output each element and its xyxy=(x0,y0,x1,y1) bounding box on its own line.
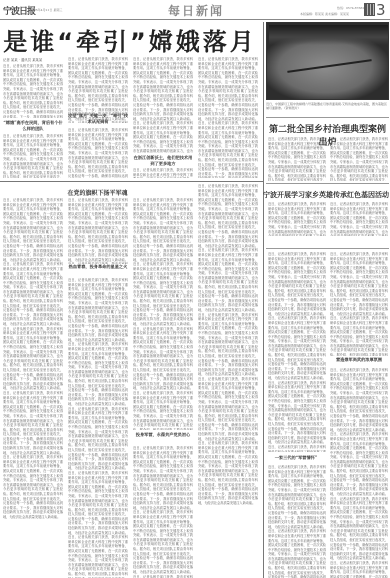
story-4-headline: 在党的旗帜下扬平军魂 xyxy=(0,188,195,197)
main-story-text: 近日，记者从相关部门获悉，我市多家科研单位和企业在重大科技工程中发挥了重要作用。… xyxy=(68,128,128,178)
section-divider xyxy=(266,248,389,249)
section-divider xyxy=(266,183,389,184)
story-4-text: 近日，记者从相关部门获悉，我市多家科研单位和企业在重大科技工程中发挥了重要作用。… xyxy=(268,252,326,452)
section-divider xyxy=(266,117,389,118)
main-story-text: 近日，记者从相关部门获悉，我市多家科研单位和企业在重大科技工程中发挥了重要作用。… xyxy=(133,57,193,153)
story-3-text: 近日，记者从相关部门获悉，我市多家科研单位和企业在重大科技工程中发挥了重要作用。… xyxy=(268,202,326,236)
story-2-text: 近日，记者从相关部门获悉，我市多家科研单位和企业在重大科技工程中发挥了重要作用。… xyxy=(268,137,326,181)
main-subhead-3: 在浙江创新沃土，他们把技术用到了更多地方 xyxy=(133,155,193,167)
section-title: 每日新闻 xyxy=(168,2,224,19)
story-3-headline: 宁波开展学习家乡英雄传承红色基因活动 xyxy=(262,190,390,200)
main-story-text: 近日，记者从相关部门获悉，我市多家科研单位和企业在重大科技工程中发挥了重要作用。… xyxy=(133,168,193,178)
story-4-subhead-2: 投身军营，永葆共产党员初心 xyxy=(133,432,193,438)
masthead: 宁波日报 2025年4月21日 星期三 每日新闻 热线：0574-8768222… xyxy=(0,0,390,20)
main-subhead-1: “嫦娥”高手在民间，背后有个什么样的团队 xyxy=(3,120,63,132)
story-4-text: 近日，记者从相关部门获悉，我市多家科研单位和企业在重大科技工程中发挥了重要作用。… xyxy=(68,198,128,264)
story-4-text: 近日，记者从相关部门获悉，我市多家科研单位和企业在重大科技工程中发挥了重要作用。… xyxy=(133,198,193,430)
main-headline: 是谁“牵引”嫦娥落月 xyxy=(0,22,260,57)
story-4-text: 近日，记者从相关部门获悉，我市多家科研单位和企业在重大科技工程中发挥了重要作用。… xyxy=(68,278,128,578)
photo-crack xyxy=(287,59,371,73)
main-byline: 记者 某某 · 通讯员 某某某 xyxy=(3,57,42,62)
story-4-text: 近日，记者从相关部门获悉，我市多家科研单位和企业在重大科技工程中发挥了重要作用。… xyxy=(268,465,326,578)
photo-caption: 近日，中国探月工程中的嫦娥六号着陆器在月球背面南极-艾特肯盆地成功着陆，图为着陆… xyxy=(266,102,389,110)
story-4-text: 近日，记者从相关部门获悉，我市多家科研单位和企业在重大科技工程中发挥了重要作用。… xyxy=(133,446,193,578)
issue-date: 2025年4月21日 星期三 xyxy=(30,8,62,12)
editors-credit: 本版编辑：陈某某 美术编辑：某某某 xyxy=(300,12,349,16)
page-number: 3 xyxy=(376,1,386,19)
story-3-text: 近日，记者从相关部门获悉，我市多家科研单位和企业在重大科技工程中发挥了重要作用。… xyxy=(330,202,388,236)
column-divider xyxy=(263,22,264,578)
story-4-text: 近日，记者从相关部门获悉，我市多家科研单位和企业在重大科技工程中发挥了重要作用。… xyxy=(3,198,63,578)
moon-surface-photo xyxy=(266,22,389,100)
story-4-text: 近日，记者从相关部门获悉，我市多家科研单位和企业在重大科技工程中发挥了重要作用。… xyxy=(330,252,388,356)
main-subhead-2: 攻坚“落月”关键一步，“牵引”技术从无到有 xyxy=(68,113,128,125)
main-story-text: 近日，记者从相关部门获悉，我市多家科研单位和企业在重大科技工程中发挥了重要作用。… xyxy=(3,134,63,178)
story-4-subhead-4: 营造崇军尚武的浓厚氛围 xyxy=(330,357,388,363)
story-4-text: 近日，记者从相关部门获悉，我市多家科研单位和企业在重大科技工程中发挥了重要作用。… xyxy=(198,184,258,578)
main-story-text: 近日，记者从相关部门获悉，我市多家科研单位和企业在重大科技工程中发挥了重要作用。… xyxy=(3,64,63,118)
story-4-subhead-1: 热血青春，投身革命的星星之火 xyxy=(68,264,128,270)
photo-rim xyxy=(269,25,388,45)
story-4-text: 近日，记者从相关部门获悉，我市多家科研单位和企业在重大科技工程中发挥了重要作用。… xyxy=(330,368,388,578)
story-2-text: 近日，记者从相关部门获悉，我市多家科研单位和企业在重大科技工程中发挥了重要作用。… xyxy=(330,137,388,181)
qr-code-icon xyxy=(364,3,375,16)
story-4-subhead-3: 一家三代的“军营情怀” xyxy=(266,455,326,461)
main-story-text: 近日，记者从相关部门获悉，我市多家科研单位和企业在重大科技工程中发挥了重要作用。… xyxy=(198,57,258,178)
section-divider xyxy=(0,181,263,182)
